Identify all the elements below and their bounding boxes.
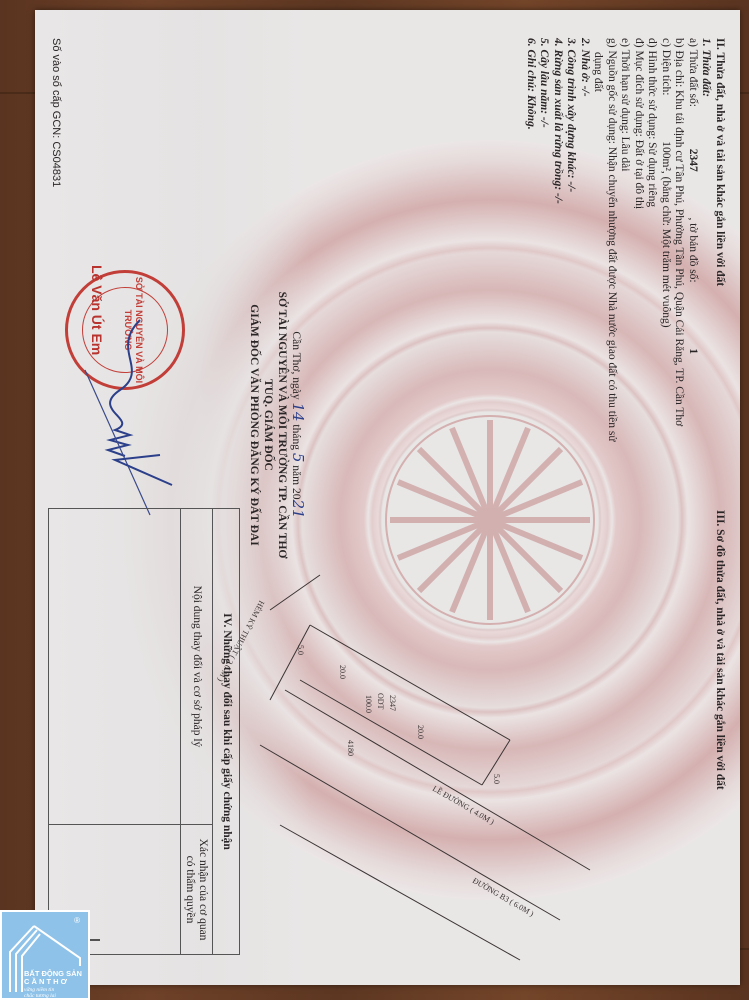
- usage-form: d) Hình thức sử dụng: Sử dụng riêng: [645, 38, 659, 442]
- notes-item: 6. Ghi chú: Không.: [524, 38, 538, 442]
- slogan-line2: chắc tương lai: [24, 993, 56, 999]
- area-label: c) Diện tích:: [660, 38, 672, 95]
- dim-front: 5.0: [492, 774, 501, 784]
- parcel-number: 2347: [687, 149, 699, 172]
- col-confirmation: Xác nhận của cơ quan có thẩm quyền: [183, 825, 209, 954]
- brand-name: BẤT ĐỘNG SẢN C Ầ N T H Ơ: [24, 970, 82, 986]
- parcel-label: a) Thửa đất số:: [687, 38, 699, 107]
- usage-origin-cont: dụng đất: [591, 38, 605, 442]
- usage-origin: g) Nguồn gốc sử dụng: Nhận chuyển nhượng…: [605, 38, 619, 442]
- dim-side-2: 20.0: [338, 665, 347, 679]
- road-main-label: ĐƯỜNG B3 ( 6.0M ): [471, 875, 536, 918]
- land-heading: 1. Thửa đất:: [699, 38, 713, 442]
- signer-name: Lê Văn Út Em: [89, 265, 105, 355]
- brand-line2: C Ầ N T H Ơ: [24, 978, 82, 986]
- plot-parcel-number: 2347: [388, 695, 397, 711]
- col-change-content: Nội dung thay đổi và cơ sở pháp lý: [191, 509, 203, 824]
- house-item: 2. Nhà ở: -/-: [578, 38, 592, 442]
- section-4-title: IV. Những thay đổi sau khi cấp giấy chứn…: [221, 509, 233, 954]
- dim-back: 5.0: [296, 645, 305, 655]
- changes-table: IV. Những thay đổi sau khi cấp giấy chứn…: [48, 508, 240, 955]
- other-works-item: 3. Công trình xây dựng khác: -/-: [564, 38, 578, 442]
- plot-area: 100.0: [364, 695, 373, 713]
- usage-term: e) Thời hạn sử dụng: Lâu dài: [618, 38, 632, 442]
- map-sheet-number: 1: [687, 348, 699, 354]
- map-sheet-label: , tờ bản đồ số:: [687, 217, 699, 282]
- plot-land-type: ODT: [376, 693, 385, 710]
- address: b) Địa chỉ: Khu tái định cư Tân Phú, Phư…: [672, 38, 686, 442]
- registry-number: Số vào sổ cấp GCN: CS04831: [50, 38, 62, 187]
- handwritten-signature: [50, 310, 180, 520]
- area-line: c) Diện tích: 100m², (bằng chữ: Một trăm…: [659, 38, 673, 442]
- col-confirmation-line1: Xác nhận của cơ quan: [196, 825, 209, 954]
- issue-day: 14: [289, 402, 307, 421]
- brand-slogan: vững niềm tin chắc tương lai: [24, 987, 56, 999]
- land-certificate-page: II. Thửa đất, nhà ở và tài sản khác gắn …: [35, 10, 740, 985]
- dim-side-1: 20.0: [416, 725, 425, 739]
- registry-label: Số vào sổ cấp GCN:: [50, 38, 62, 138]
- brand-logo-watermark: ® BẤT ĐỘNG SẢN C Ầ N T H Ơ vững niềm tin…: [0, 910, 90, 1000]
- registered-mark: ®: [74, 916, 80, 925]
- road-edge-label: LỀ ĐƯỜNG ( 4.0M ): [431, 783, 497, 827]
- month-label: tháng: [290, 424, 302, 450]
- section-2: II. Thửa đất, nhà ở và tài sản khác gắn …: [524, 38, 727, 442]
- col-confirmation-line2: có thẩm quyền: [183, 825, 196, 954]
- section-2-title: II. Thửa đất, nhà ở và tài sản khác gắn …: [713, 38, 727, 442]
- neighbor-parcel: 4180: [346, 740, 355, 756]
- usage-purpose: đ) Mục đích sử dụng: Đất ở tại đô thị: [632, 38, 646, 442]
- date-prefix: Cần Thơ, ngày: [290, 331, 302, 399]
- issue-month: 5: [289, 453, 307, 463]
- perennial-item: 5. Cây lâu năm: -/-: [537, 38, 551, 442]
- area-value: 100m², (bằng chữ: Một trăm mét vuông): [660, 141, 672, 327]
- registry-value: CS04831: [50, 141, 62, 187]
- parcel-line: a) Thửa đất số: 2347 , tờ bản đồ số: 1: [686, 38, 700, 442]
- forest-item: 4. Rừng sản xuất là rừng trồng: -/-: [551, 38, 565, 442]
